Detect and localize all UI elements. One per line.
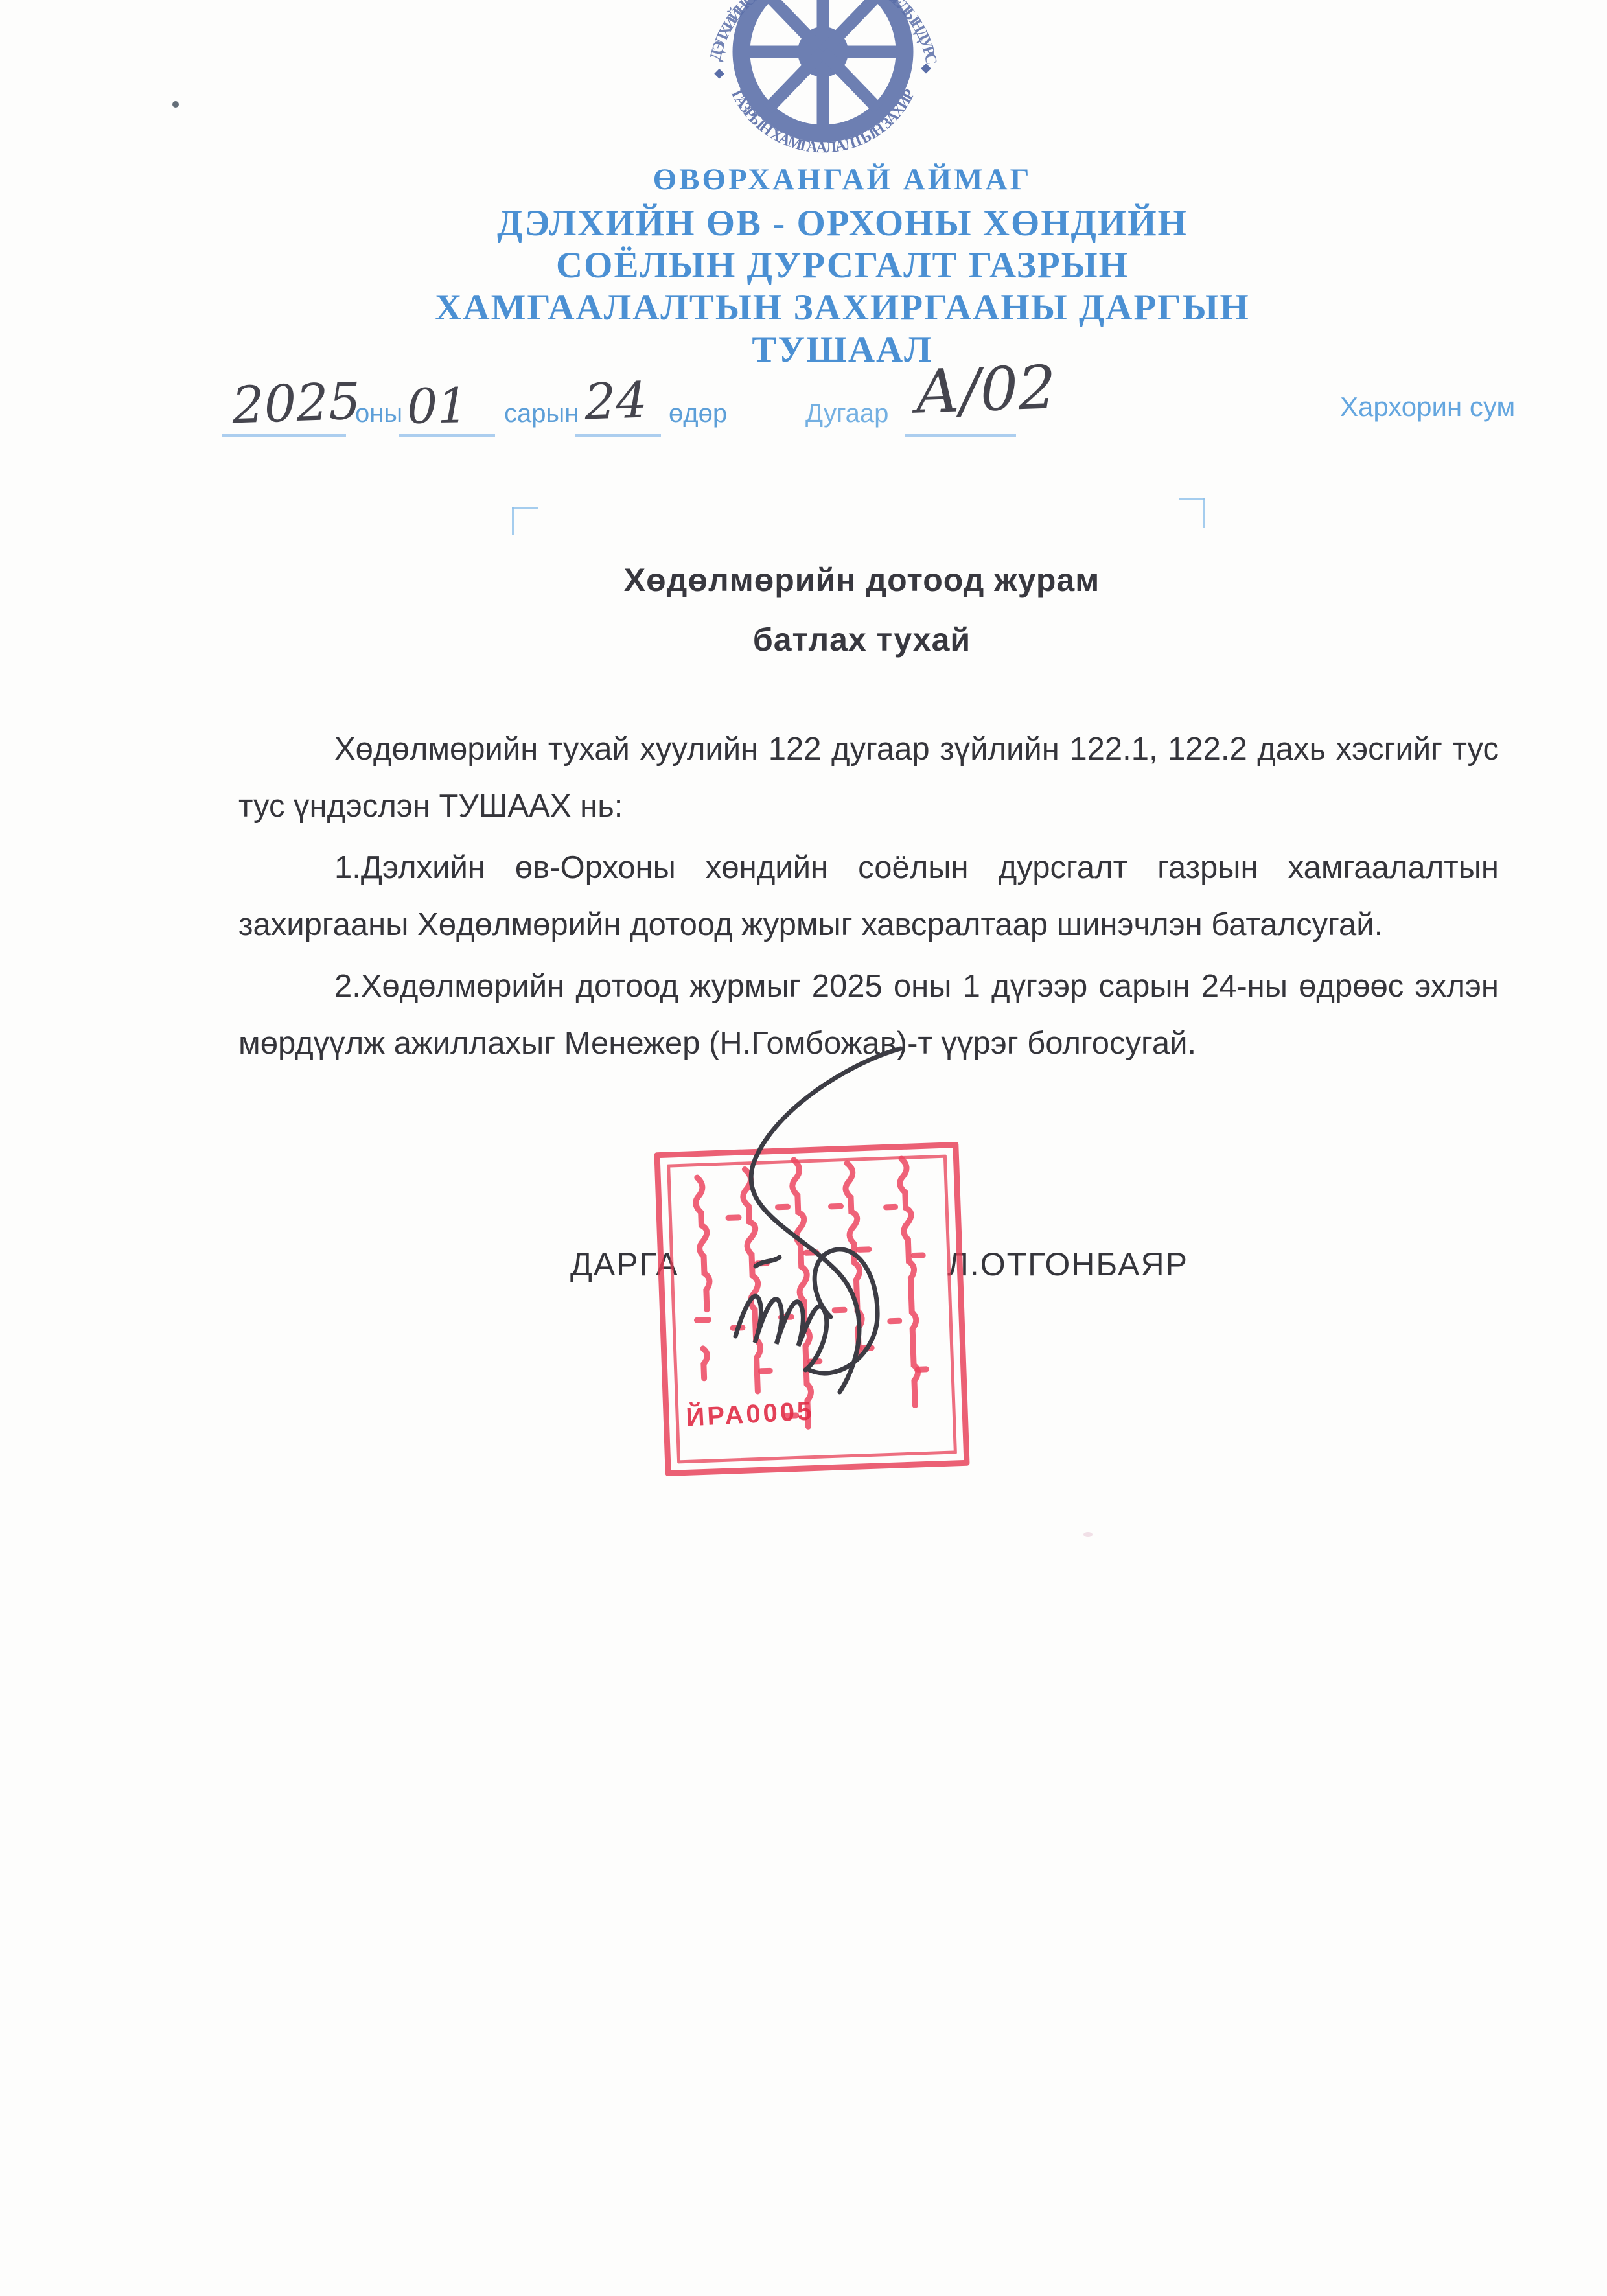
handwritten-signature <box>700 1037 914 1413</box>
crop-mark-right-v <box>1203 498 1205 528</box>
wheel-icon <box>741 0 905 133</box>
scan-speck-bottom <box>1083 1532 1093 1537</box>
scanned-document-page: ДЭЛХИЙН ӨВ ОРХОНЫ ХӨНДИЙН СОЁЛЫН ДУРСГАЛ… <box>0 0 1607 2296</box>
crop-mark-left <box>512 507 538 509</box>
emblem-left-diamond <box>714 69 724 79</box>
number-underline <box>905 434 1016 437</box>
document-title-line-1: Хөдөлмөрийн дотоод журам <box>214 561 1510 599</box>
region-title: ӨВӨРХАНГАЙ АЙМАГ <box>194 162 1490 197</box>
org-name-line-3: ХАМГААЛАЛТЫН ЗАХИРГААНЫ ДАРГЫН <box>194 286 1490 329</box>
crop-mark-left-v <box>512 507 514 535</box>
organization-name: ДЭЛХИЙН ӨВ - ОРХОНЫ ХӨНДИЙН СОЁЛЫН ДУРСГ… <box>194 202 1490 371</box>
body-paragraph-1: 1.Дэлхийн өв-Орхоны хөндийн соёлын дурсг… <box>238 839 1499 953</box>
date-day-label: өдөр <box>669 399 727 428</box>
location-label: Хархорин сум <box>1340 391 1515 423</box>
scan-speck-top-left <box>172 101 179 108</box>
date-year-label: оны <box>355 399 402 428</box>
crop-mark-right <box>1179 498 1205 500</box>
date-month-underline <box>399 434 495 437</box>
document-type: ТУШААЛ <box>194 329 1490 371</box>
body-paragraph-preamble: Хөдөлмөрийн тухай хуулийн 122 дугаар зүй… <box>238 721 1499 835</box>
date-month-value: 01 <box>406 378 468 435</box>
date-year-value: 2025 <box>231 373 362 435</box>
org-name-line-1: ДЭЛХИЙН ӨВ - ОРХОНЫ ХӨНДИЙН <box>194 202 1490 244</box>
organization-emblem: ДЭЛХИЙН ӨВ ОРХОНЫ ХӨНДИЙН СОЁЛЫН ДУРСГАЛ… <box>677 0 969 163</box>
org-name-line-2: СОЁЛЫН ДУРСГАЛТ ГАЗРЫН <box>194 244 1490 286</box>
date-day-underline <box>575 434 661 437</box>
signer-name: Л.ОТГОНБАЯР <box>947 1246 1188 1283</box>
date-year-underline <box>222 434 346 437</box>
document-title-line-2: батлах тухай <box>214 621 1510 658</box>
date-day-value: 24 <box>583 371 648 430</box>
number-label: Дугаар <box>805 399 888 428</box>
document-body: Хөдөлмөрийн тухай хуулийн 122 дугаар зүй… <box>238 721 1499 1076</box>
number-value: А/02 <box>914 353 1057 427</box>
date-month-label: сарын <box>504 399 579 428</box>
